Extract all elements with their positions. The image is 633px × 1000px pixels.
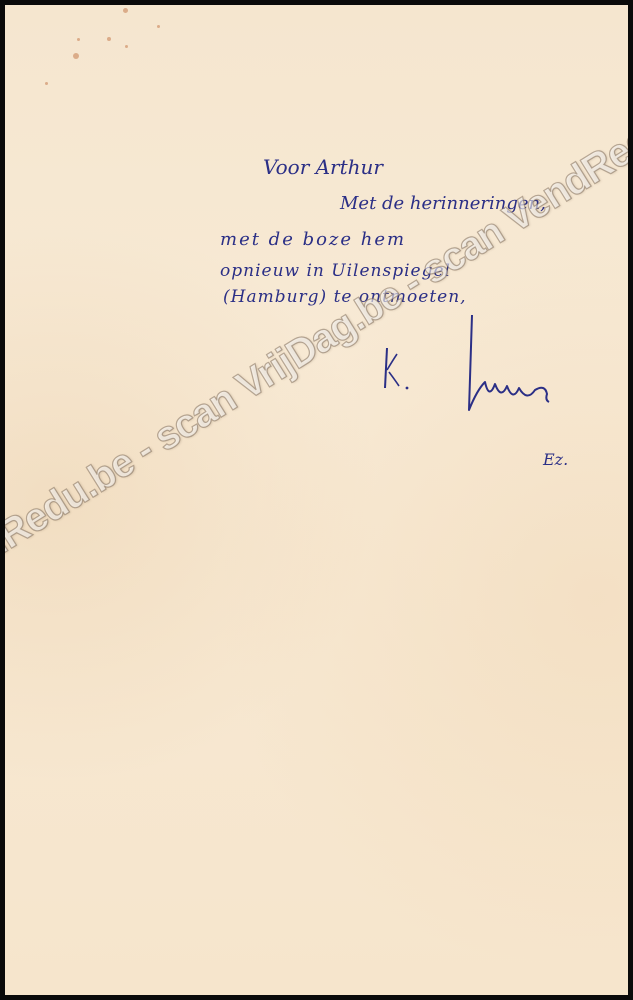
signature (377, 310, 617, 420)
foxing-spot (157, 25, 160, 28)
book-page: Voor Arthur Met de herinneringen, met de… (5, 5, 628, 995)
foxing-spot (125, 45, 128, 48)
foxing-spot (77, 38, 80, 41)
foxing-spot (123, 8, 128, 13)
signature-mark: Ez. (543, 450, 568, 469)
foxing-spot (45, 82, 48, 85)
dedication-line-3: met de boze hem (220, 229, 406, 250)
dedication-line-1: Voor Arthur (263, 155, 383, 179)
foxing-spot (73, 53, 79, 59)
foxing-spot (107, 37, 111, 41)
